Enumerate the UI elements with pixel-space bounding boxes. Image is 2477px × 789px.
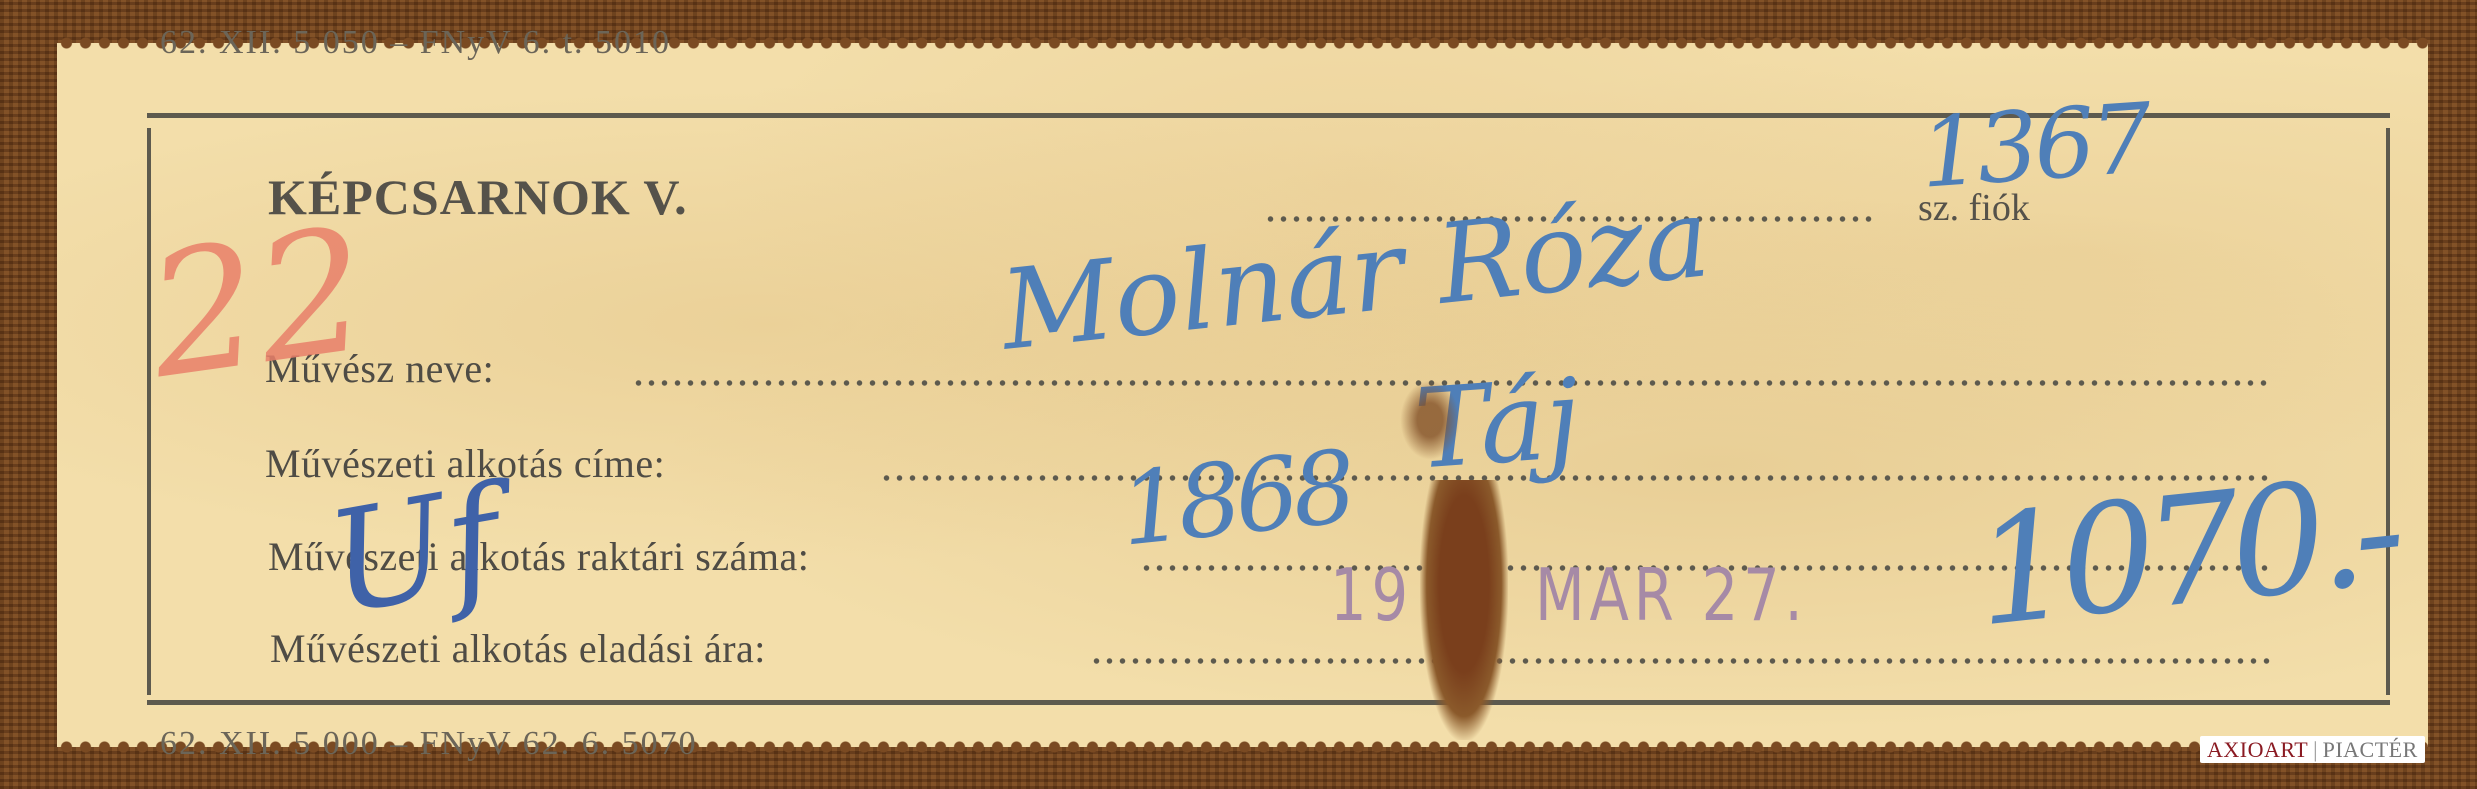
date-stamp-year: 19 [1330,553,1413,637]
handwritten-inventory-number: 1868 [1115,428,1356,568]
frame-left-line [147,128,151,695]
handwritten-blue-mark: Uf [317,456,513,646]
paper-tear [1420,480,1508,740]
bottom-print-code: 62. XII. 5 000 – FNyV 62. 6. 5070 [160,725,698,763]
field-line-price [1090,658,2270,664]
axioart-watermark: AXIOART | PIACTÉR [2200,736,2425,763]
frame-bottom-line [147,700,2390,705]
handwritten-branch-number: 1367 [1916,82,2152,210]
watermark-separator: | [2313,737,2317,763]
handwritten-red-mark: 22 [137,191,379,417]
paper-damage-spot [1400,380,1460,460]
top-print-code: 62. XII. 5 050 – FNyV 6. t. 5010 [160,24,671,62]
watermark-section: PIACTÉR [2323,737,2418,763]
watermark-brand: AXIOART [2207,737,2308,763]
date-stamp-date: MAR 27. [1535,553,1808,637]
